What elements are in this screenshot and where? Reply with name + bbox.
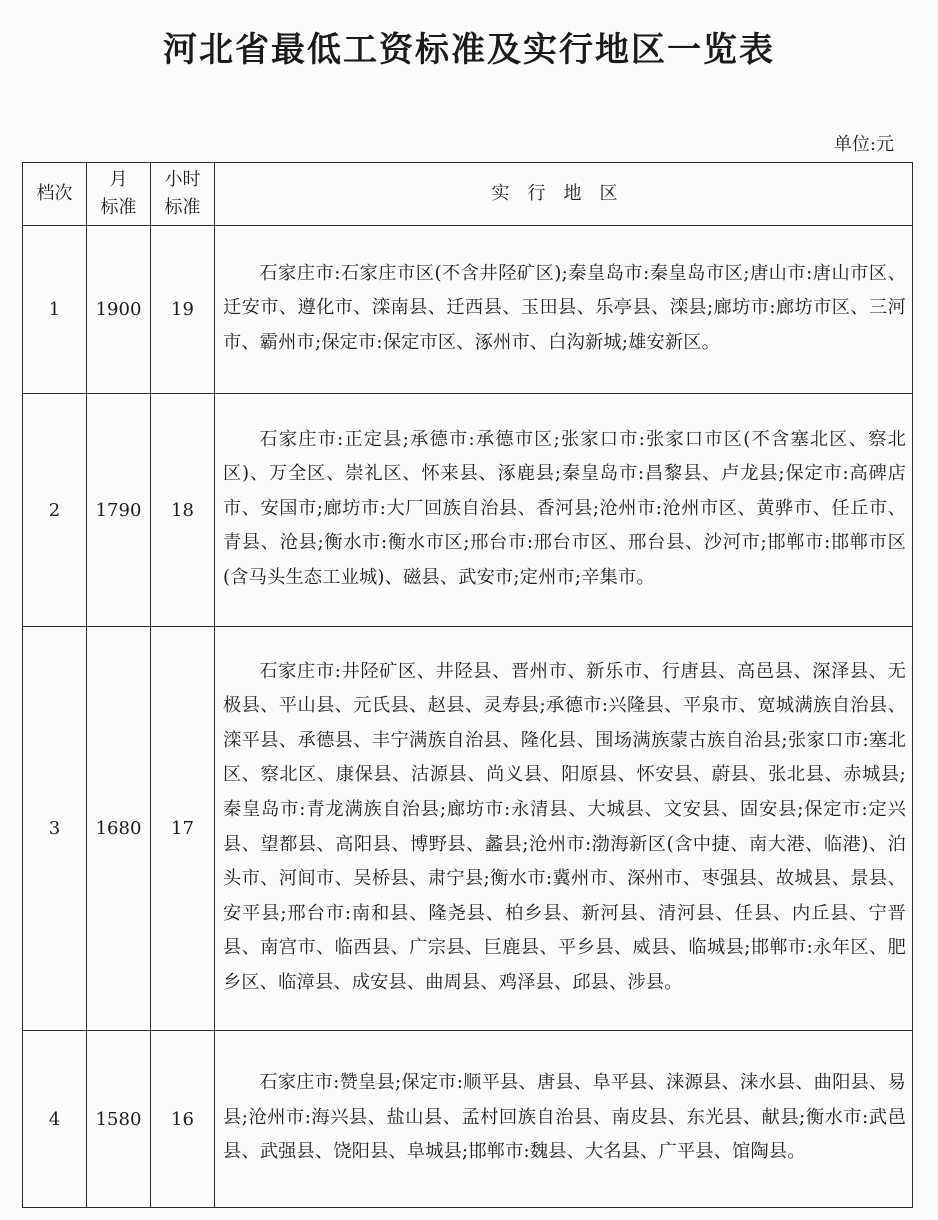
header-tier: 档次 <box>23 163 87 226</box>
header-monthly: 月 标准 <box>87 163 151 226</box>
regions-cell: 石家庄市:赞皇县;保定市:顺平县、唐县、阜平县、涞源县、涞水县、曲阳县、易县;沧… <box>215 1031 913 1208</box>
regions-cell: 石家庄市:正定县;承德市:承德市区;张家口市:张家口市区(不含塞北区、察北区)、… <box>215 394 913 627</box>
monthly-standard-cell: 1790 <box>87 394 151 627</box>
hourly-standard-cell: 18 <box>151 394 215 627</box>
table-header-row: 档次 月 标准 小时 标准 实行地区 <box>23 163 913 226</box>
tier-cell: 2 <box>23 394 87 627</box>
table-row: 1 1900 19 石家庄市:石家庄市区(不含井陉矿区);秦皇岛市:秦皇岛市区;… <box>23 226 913 394</box>
monthly-standard-cell: 1900 <box>87 226 151 394</box>
tier-cell: 1 <box>23 226 87 394</box>
table-row: 3 1680 17 石家庄市:井陉矿区、井陉县、晋州市、新乐市、行唐县、高邑县、… <box>23 627 913 1031</box>
minimum-wage-table: 档次 月 标准 小时 标准 实行地区 1 1900 19 石家庄市:石家庄市区(… <box>22 162 913 1208</box>
monthly-standard-cell: 1580 <box>87 1031 151 1208</box>
hourly-standard-cell: 19 <box>151 226 215 394</box>
header-monthly-line2: 标准 <box>87 194 150 222</box>
regions-cell: 石家庄市:石家庄市区(不含井陉矿区);秦皇岛市:秦皇岛市区;唐山市:唐山市区、迁… <box>215 226 913 394</box>
tier-cell: 4 <box>23 1031 87 1208</box>
table-row: 2 1790 18 石家庄市:正定县;承德市:承德市区;张家口市:张家口市区(不… <box>23 394 913 627</box>
unit-label: 单位:元 <box>834 130 894 156</box>
header-monthly-line1: 月 <box>87 166 150 194</box>
table-row: 4 1580 16 石家庄市:赞皇县;保定市:顺平县、唐县、阜平县、涞源县、涞水… <box>23 1031 913 1208</box>
header-regions: 实行地区 <box>215 163 913 226</box>
document-title: 河北省最低工资标准及实行地区一览表 <box>0 22 938 71</box>
hourly-standard-cell: 16 <box>151 1031 215 1208</box>
monthly-standard-cell: 1680 <box>87 627 151 1031</box>
header-hourly: 小时 标准 <box>151 163 215 226</box>
regions-cell: 石家庄市:井陉矿区、井陉县、晋州市、新乐市、行唐县、高邑县、深泽县、无极县、平山… <box>215 627 913 1031</box>
hourly-standard-cell: 17 <box>151 627 215 1031</box>
tier-cell: 3 <box>23 627 87 1031</box>
header-hourly-line1: 小时 <box>151 166 214 194</box>
header-hourly-line2: 标准 <box>151 194 214 222</box>
